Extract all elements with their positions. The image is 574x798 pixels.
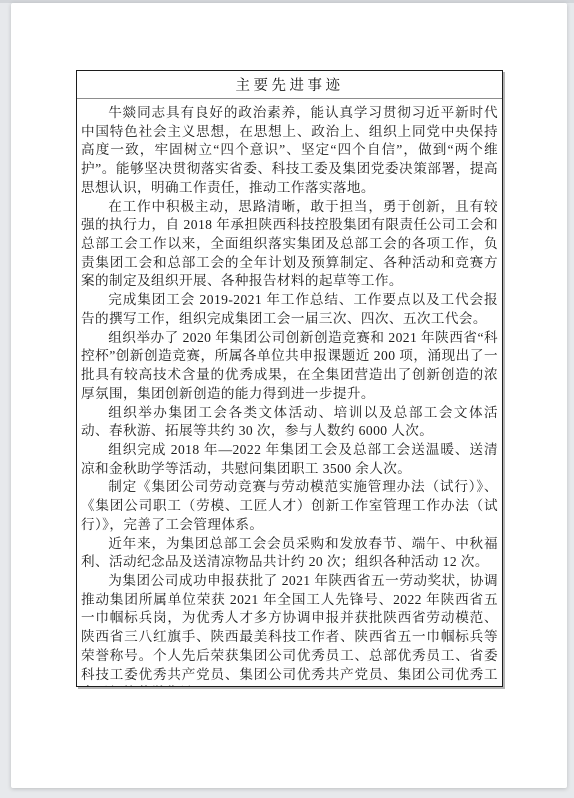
deeds-paragraph: 近年来，为集团总部工会会员采购和发放春节、端午、中秋福利、活动纪念品及送清凉物品… (81, 535, 498, 572)
table-title-row: 主要先进事迹 (77, 71, 502, 99)
table-body-cell: 牛燚同志具有良好的政治素养，能认真学习贯彻习近平新时代中国特色社会主义思想，在思… (77, 99, 502, 686)
deeds-paragraph: 为集团公司成功申报获批了 2021 年陕西省五一劳动奖状，协调推动集团所属单位荣… (81, 572, 498, 686)
deeds-table: 主要先进事迹 牛燚同志具有良好的政治素养，能认真学习贯彻习近平新时代中国特色社会… (76, 70, 503, 687)
document-sheet: 主要先进事迹 牛燚同志具有良好的政治素养，能认真学习贯彻习近平新时代中国特色社会… (11, 3, 567, 788)
deeds-paragraph: 完成集团工会 2019-2021 年工作总结、工作要点以及工代会报告的撰写工作，… (81, 291, 498, 328)
deeds-paragraph: 组织完成 2018 年—2022 年集团工会及总部工会送温暖、送清凉和金秋助学等… (81, 441, 498, 478)
deeds-paragraph: 牛燚同志具有良好的政治素养，能认真学习贯彻习近平新时代中国特色社会主义思想，在思… (81, 104, 498, 198)
deeds-paragraph: 组织举办了 2020 年集团公司创新创造竞赛和 2021 年陕西省“科控杯”创新… (81, 329, 498, 404)
deeds-paragraph: 在工作中积极主动，思路清晰，敢于担当，勇于创新，且有较强的执行力，自 2018 … (81, 198, 498, 292)
deeds-paragraph: 组织举办集团工会各类文体活动、培训以及总部工会文体活动、春秋游、拓展等共约 30… (81, 404, 498, 441)
deeds-paragraph: 制定《集团公司劳动竞赛与劳动模范实施管理办法（试行）》、《集团公司职工（劳模、工… (81, 478, 498, 534)
main-deeds-title: 主要先进事迹 (236, 74, 344, 95)
